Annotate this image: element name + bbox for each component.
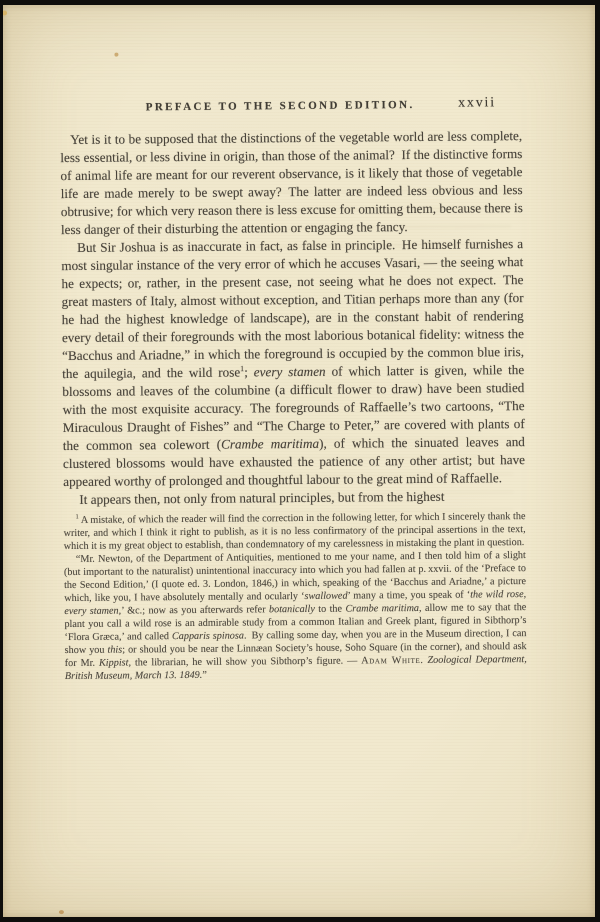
text-run: ; [244, 364, 254, 379]
paragraph: Yet is it to be supposed that the distin… [60, 127, 523, 239]
running-title: PREFACE TO THE SECOND EDITION. [146, 99, 415, 113]
text-run: Yet is it to be supposed that the distin… [60, 128, 523, 237]
text-run: ’ &c.; now as you afterwards refer [121, 604, 269, 616]
text-run-smallcaps: Adam White. [361, 655, 423, 667]
text-run-italic: Capparis spinosa [172, 630, 244, 642]
footnote-text: 1 A mistake, of which the reader will fi… [63, 510, 526, 683]
text-run-italic: this [107, 645, 122, 656]
text-run: It appears then, not only from natural p… [79, 489, 444, 507]
paragraph: It appears then, not only from natural p… [63, 487, 525, 509]
paper-speck [114, 53, 118, 57]
page-content: PREFACE TO THE SECOND EDITION. xxvii Yet… [3, 5, 595, 917]
text-run: , the librarian, he will show you Sibtho… [128, 655, 361, 668]
scanned-book-page: PREFACE TO THE SECOND EDITION. xxvii Yet… [0, 0, 600, 922]
paragraph: But Sir Joshua is as inaccurate in fact,… [61, 235, 525, 491]
paper-speck [3, 11, 7, 16]
page-header: PREFACE TO THE SECOND EDITION. xxvii [60, 98, 522, 118]
paper: PREFACE TO THE SECOND EDITION. xxvii Yet… [3, 5, 595, 917]
text-run: to the [315, 604, 346, 615]
text-run: But Sir Joshua is as inaccurate in fact,… [61, 236, 524, 381]
text-run-italic: Kippist [99, 657, 129, 668]
text-column: PREFACE TO THE SECOND EDITION. xxvii Yet… [60, 98, 527, 683]
text-run-italic: every stamen [254, 364, 326, 380]
text-run: A mistake, of which the reader will find… [64, 511, 526, 552]
paragraph: 1 A mistake, of which the reader will fi… [63, 510, 525, 553]
text-run-italic: swallowed [304, 591, 347, 602]
text-run: ” [202, 670, 207, 681]
text-run: ’ many a time, you speak of ‘ [347, 590, 470, 602]
text-run-italic: Crambe maritima [345, 603, 419, 615]
paper-speck [59, 910, 64, 914]
text-run-italic: botanically [269, 604, 315, 615]
page-number: xxvii [458, 95, 496, 111]
body-text: Yet is it to be supposed that the distin… [60, 127, 525, 509]
paragraph: “Mr. Newton, of the Department of Antiqu… [64, 549, 527, 683]
text-run-italic: Crambe maritima [221, 436, 319, 452]
